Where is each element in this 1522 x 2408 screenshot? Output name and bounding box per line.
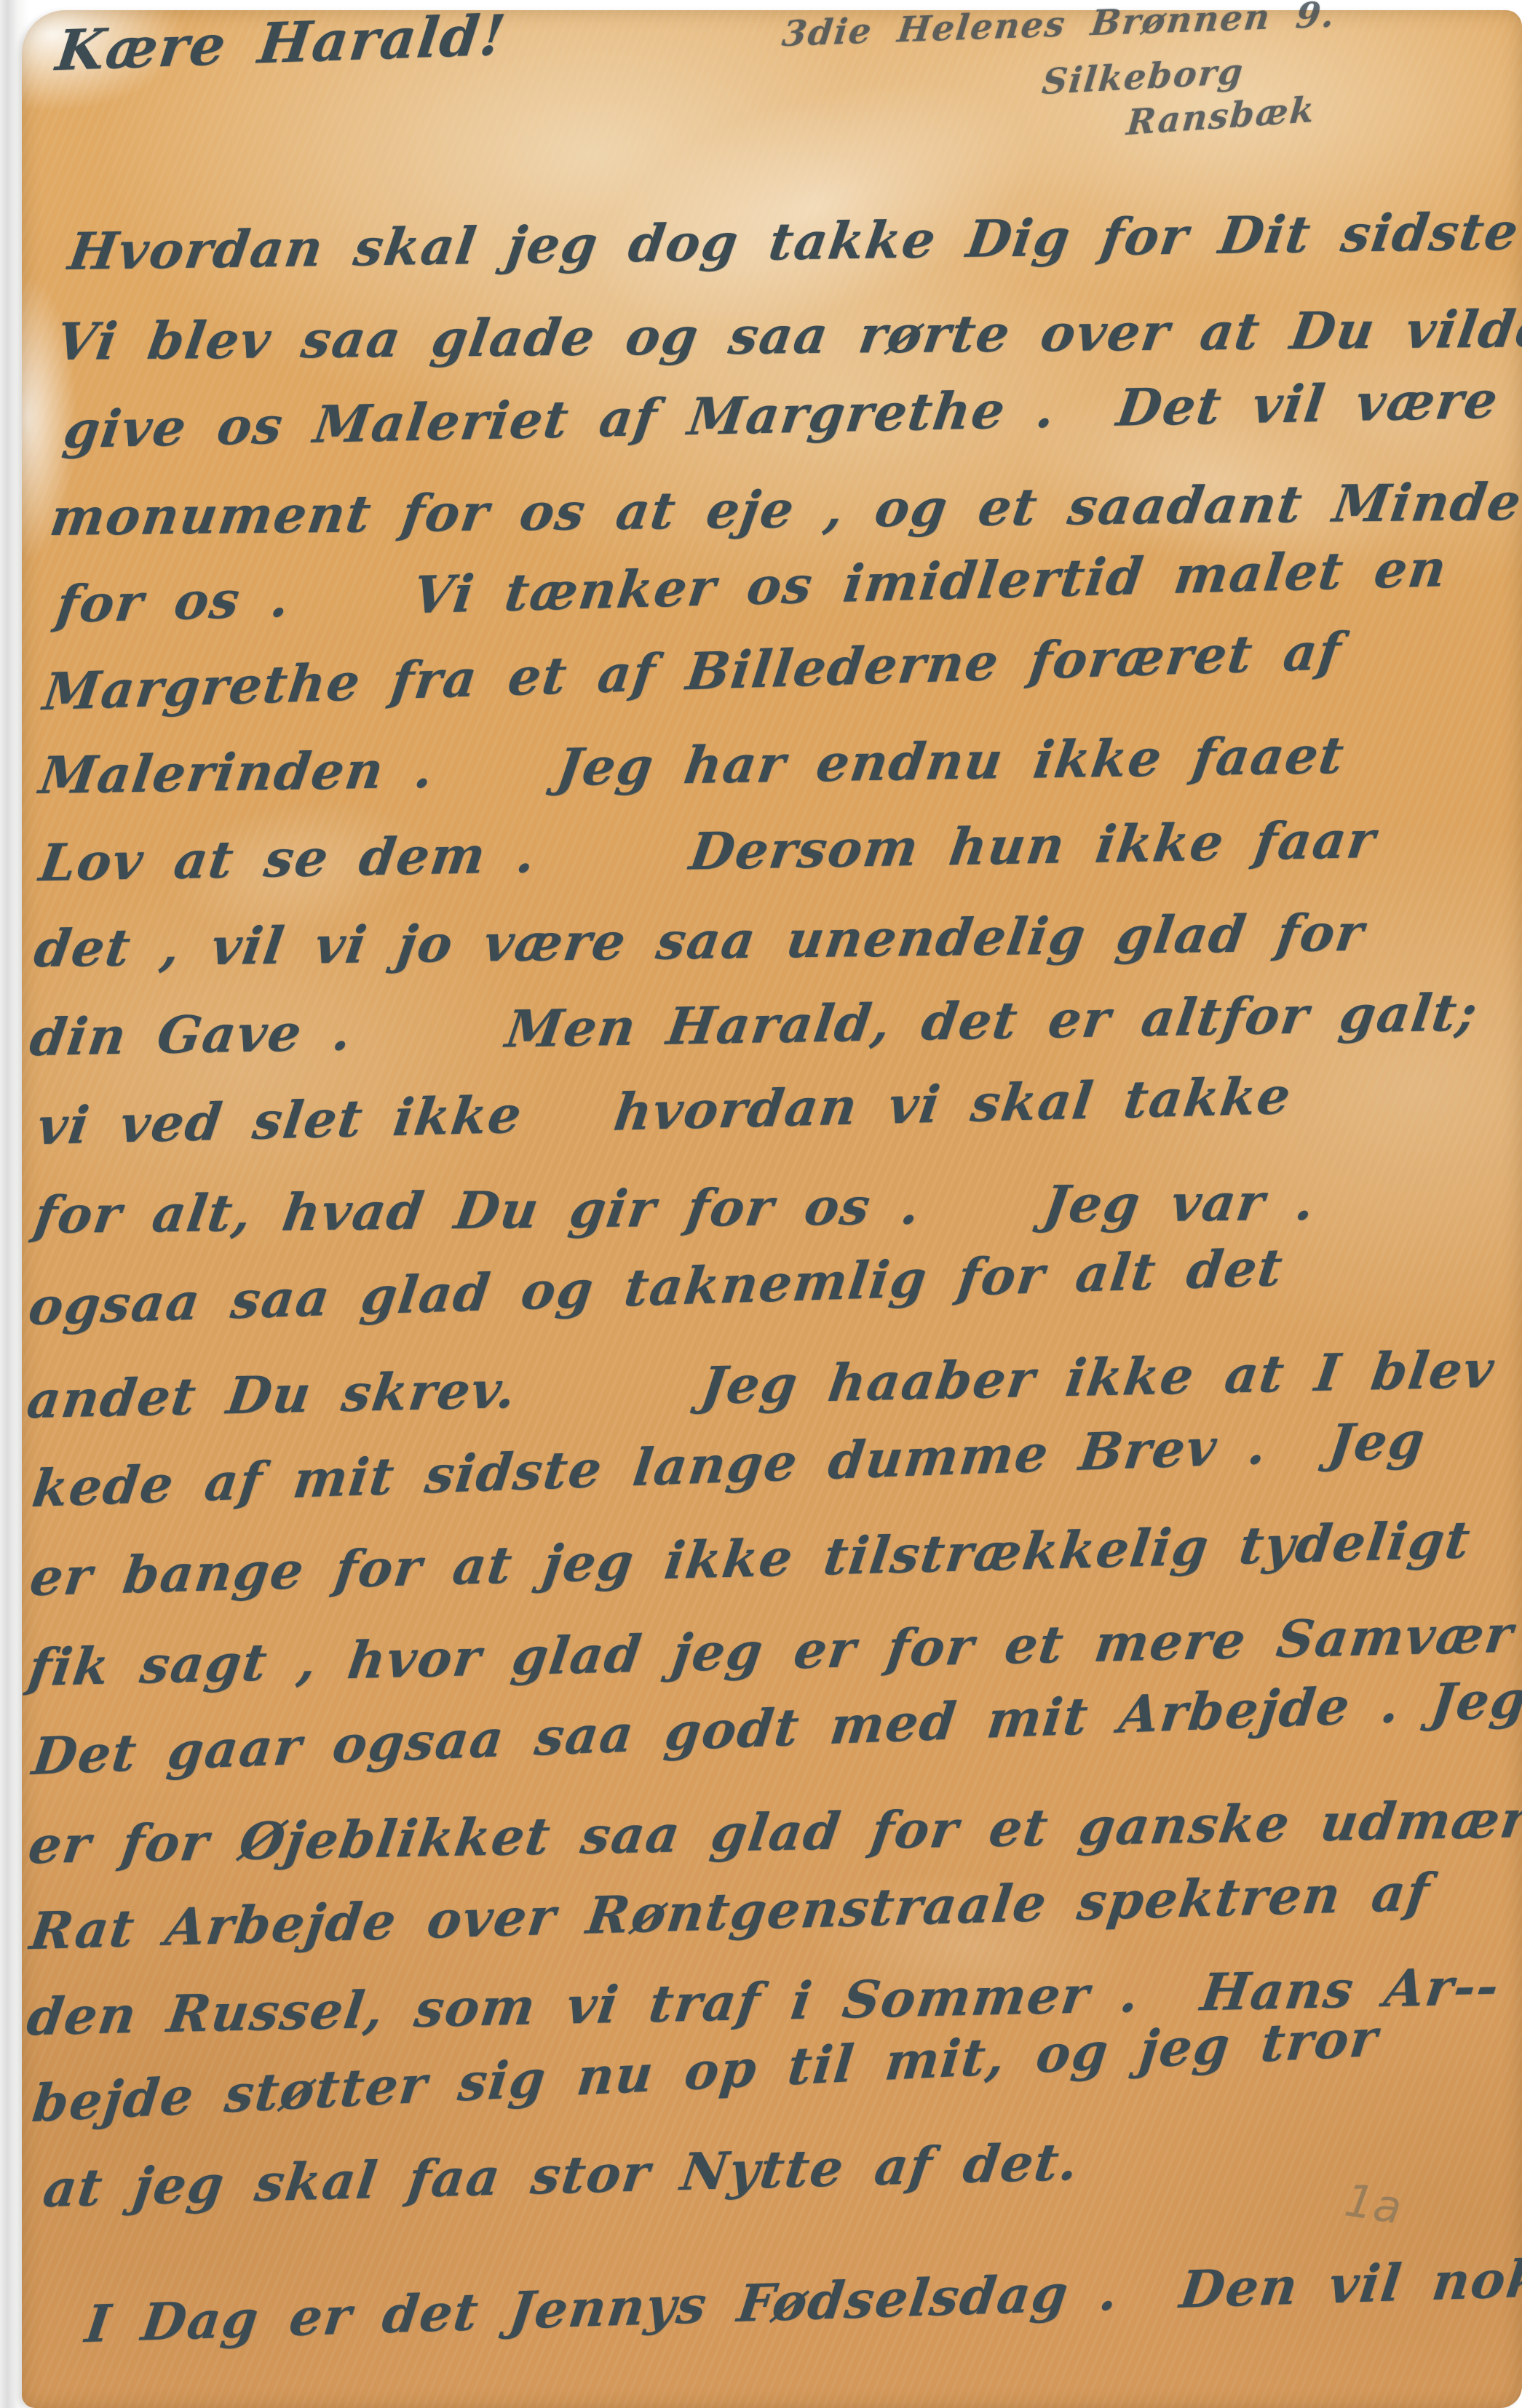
handwriting-line: Vi blev saa glade og saa rørte over at D…: [52, 295, 1522, 375]
handwriting-line: for alt, hvad Du gir for os . Jeg var .: [30, 1169, 1320, 1249]
pencil-annotation: 1a: [1341, 2173, 1406, 2234]
